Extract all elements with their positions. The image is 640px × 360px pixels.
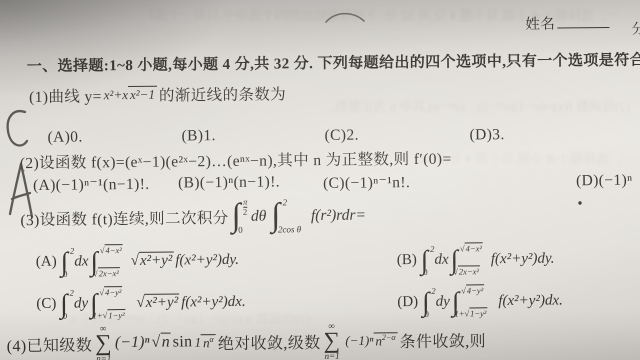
q2-option-a: (A)(−1)ⁿ⁻¹(n−1)!. — [33, 175, 150, 195]
sqrt-icon: √ — [151, 334, 160, 351]
outer-integral: ∫20 — [422, 286, 434, 319]
q4-tail: 条件收敛,则 — [399, 328, 486, 352]
q1-option-c: (C)2. — [324, 127, 358, 145]
q3-option-a: (A) ∫20 dx ∫√4−x²√2x−x² √x²+y² f(x²+y²)d… — [36, 244, 240, 279]
section-heading: 一、选择题:1~8 小题,每小题 4 分,共 32 分. 下列每题给出的四个选项… — [27, 48, 640, 76]
differential: dy — [436, 294, 450, 311]
q4-lead: (4)已知级数 — [7, 332, 93, 356]
sqrt-term: √x²+y² — [136, 294, 179, 311]
sqrt-upper-limit: √4−x² — [100, 245, 123, 255]
q4-fraction-1: 1nα — [194, 335, 215, 349]
option-label: (A) — [36, 254, 57, 271]
sqrt-icon: √ — [131, 253, 139, 269]
q3-option-b: (B) ∫20 dx ∫√4−x²√2x−x² f(x²+y²)dy. — [397, 243, 555, 278]
inner-integral: ∫√4−x²√2x−x² — [451, 243, 486, 276]
question-4: (4)已知级数 ∞∑n=1 (−1)ⁿ √n sin 1nα 绝对收敛,级数 ∞… — [7, 320, 487, 360]
question-2: (2)设函数 f(x)=(eˣ−1)(e²ˣ−2)…(eⁿˣ−n),其中 n 为… — [20, 147, 452, 174]
differential: dx — [434, 252, 448, 269]
q1-lead: (1)曲线 y= — [29, 84, 102, 107]
integrand: f(x²+y²)dy. — [175, 252, 239, 270]
q3-integrand: f(r²)rdr= — [311, 206, 366, 225]
q1-option-a: (A)0. — [47, 128, 82, 146]
inner-integral: ∫√4−y²1+√1−y² — [452, 285, 493, 318]
q2-option-c: (C)(−1)ⁿ⁻¹n!. — [323, 173, 410, 193]
sqrt-upper-limit: √4−y² — [99, 287, 122, 297]
q3-upper-limit-pi-over-2: π2 — [243, 198, 248, 216]
sqrt-lower-limit: √1−y² — [464, 308, 487, 318]
question-1: (1)曲线 y=x²+xx²−1的渐近线的条数为 — [29, 82, 286, 107]
q4-sin: sin — [173, 334, 193, 352]
integrand: f(x²+y²)dy. — [491, 251, 555, 269]
q3-dtheta: dθ — [251, 207, 267, 225]
option-label: (B) — [397, 252, 417, 269]
option-label: (D) — [397, 294, 418, 311]
name-field-row: 姓名 — [525, 12, 611, 34]
q1-option-b: (B)1. — [181, 127, 215, 145]
integrand: f(x²+y²)dx. — [181, 294, 246, 312]
q1-fraction: x²+xx²−1 — [104, 88, 157, 102]
q1-tail: 的渐近线的条数为 — [159, 82, 286, 105]
differential: dx — [74, 253, 88, 270]
outer-integral: ∫20 — [60, 288, 72, 321]
question-3: (3)设函数 f(t)连续,则二次积分 ∫π20 dθ ∫22cos θ f(r… — [20, 197, 366, 238]
inner-integral: ∫√4−y²1+√1−y² — [90, 287, 131, 320]
sqrt-lower-limit: √2x−x² — [453, 266, 480, 276]
q4-term-sign: (−1)ⁿ — [115, 334, 150, 352]
sqrt-upper-limit: √4−y² — [461, 285, 484, 295]
exam-paper: 姓名 分 一、选择题:1~8 小题,每小题 4 分,共 32 分. 下列每题给出… — [0, 0, 640, 360]
q4-sum-1: ∞∑n=1 — [95, 324, 112, 360]
q3-option-c: (C) ∫20 dy ∫√4−y²1+√1−y² √x²+y² f(x²+y²)… — [36, 286, 246, 321]
sum-icon: ∑ — [95, 333, 112, 354]
q2-option-d: (D)(−1)ⁿ — [576, 172, 633, 191]
q3-option-d: (D) ∫20 dy ∫√4−y²1+√1−y² f(x²+y²)dx. — [397, 284, 563, 319]
differential: dy — [74, 295, 88, 312]
inner-integral: ∫√4−x²√2x−x² — [90, 245, 125, 278]
sum-icon: ∑ — [323, 331, 340, 352]
q3-lead: (3)设函数 f(t)连续,则二次积分 — [20, 205, 228, 229]
sqrt-term: √x²+y² — [131, 253, 174, 270]
sqrt-lower-limit: √1−y² — [103, 310, 126, 320]
q3-inner-integral: ∫22cos θ — [271, 197, 304, 234]
integrand: f(x²+y²)dx. — [498, 292, 563, 310]
outer-integral: ∫20 — [61, 246, 73, 279]
q2-option-b: (B)(−1)ⁿ(n−1)!. — [178, 173, 280, 192]
q3-outer-integral: ∫π20 — [231, 198, 246, 235]
q4-fraction-2: (−1)ⁿn2−α — [345, 334, 397, 349]
q1-option-d: (D)3. — [469, 126, 504, 144]
name-label: 姓名 — [525, 17, 555, 33]
outer-integral: ∫20 — [421, 244, 433, 277]
score-label-partial: 分 — [631, 18, 640, 39]
sqrt-lower-limit: √2x−x² — [93, 268, 120, 278]
option-label: (C) — [36, 296, 56, 313]
sqrt-upper-limit: √4−x² — [460, 243, 483, 253]
q4-sum-2: ∞∑n=1 — [323, 322, 340, 360]
name-blank-line — [557, 13, 609, 29]
q4-mid: 绝对收敛,级数 — [218, 330, 321, 354]
sqrt-n: √n — [151, 334, 170, 352]
